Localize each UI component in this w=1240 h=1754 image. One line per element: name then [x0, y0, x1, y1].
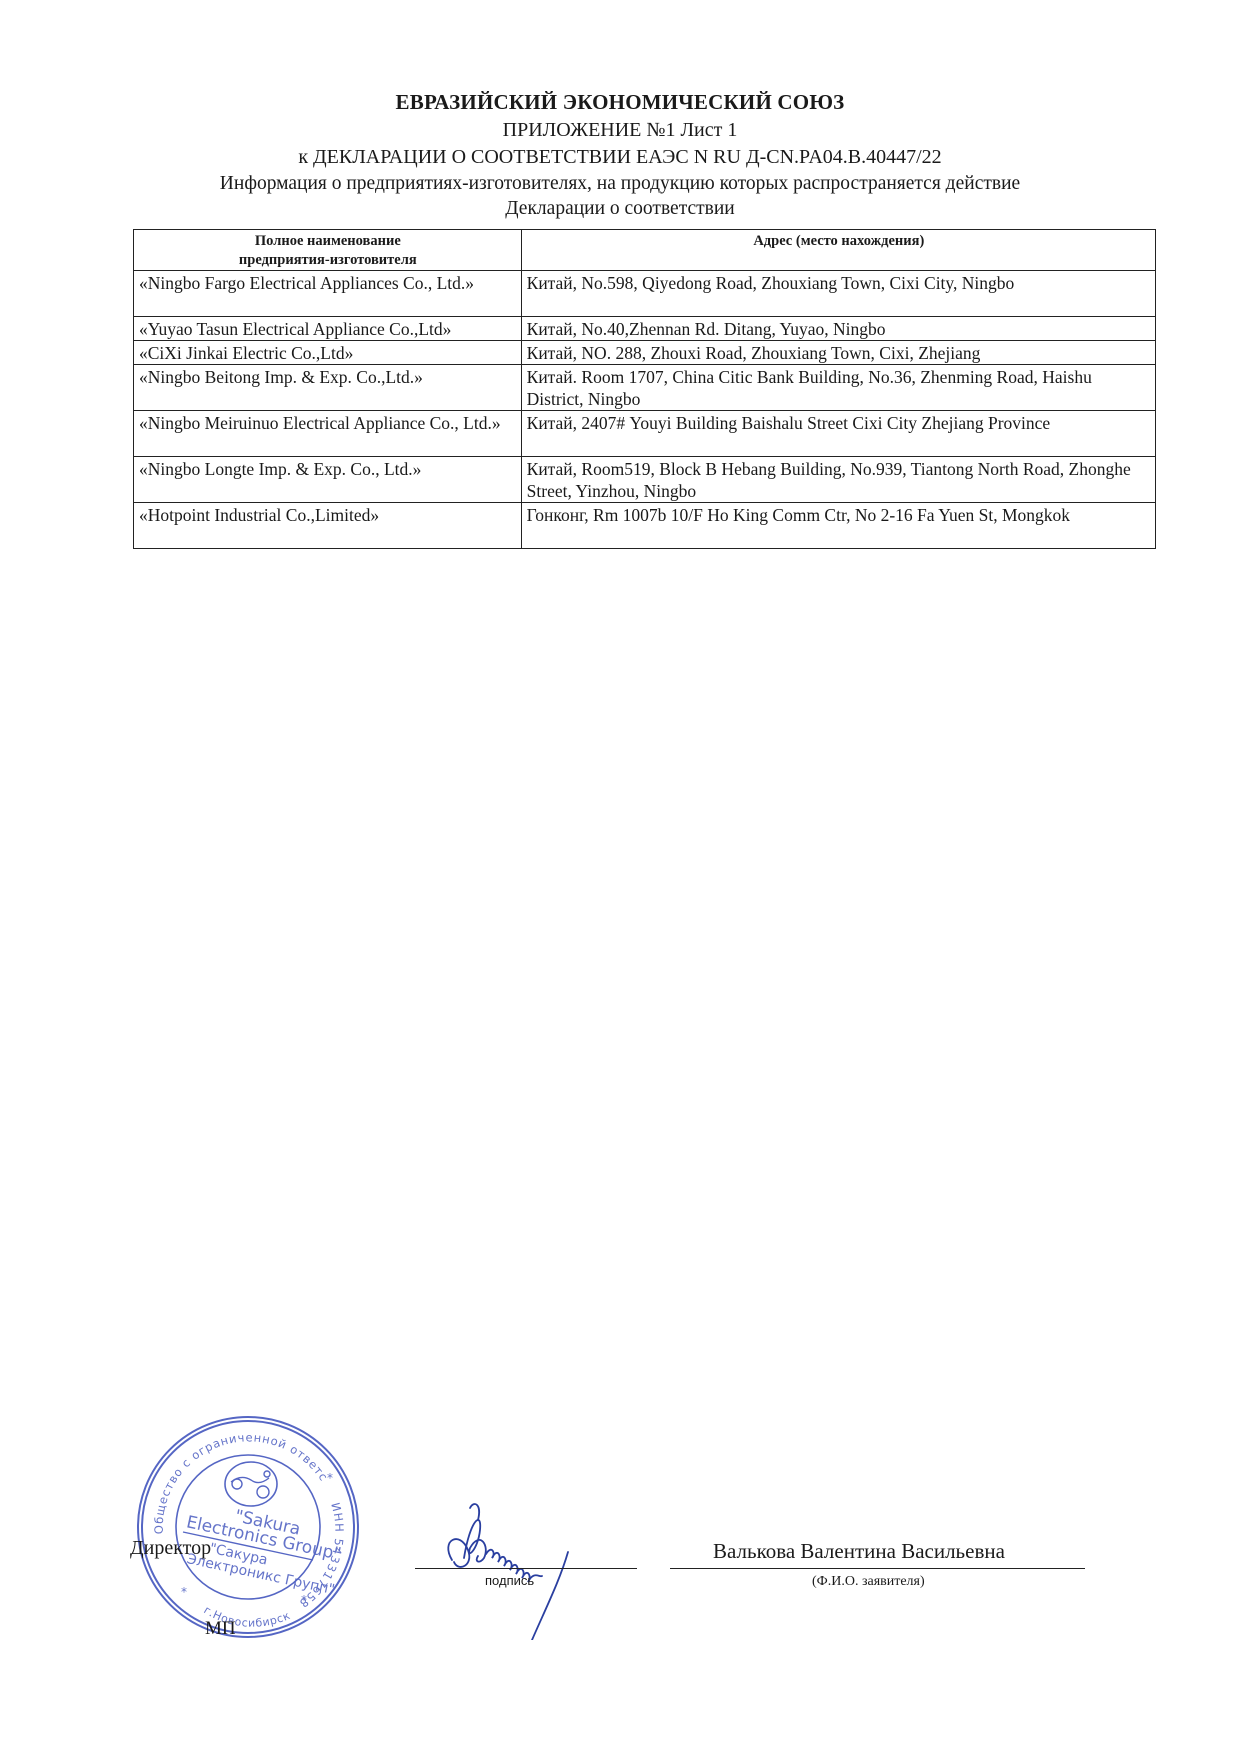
info-line-2: Декларации о соответствии [0, 198, 1240, 220]
table-row: «Ningbo Meiruinuo Electrical Appliance C… [134, 411, 1156, 457]
annex-number: ПРИЛОЖЕНИЕ №1 Лист 1 [0, 119, 1240, 142]
signature-icon [440, 1500, 640, 1640]
manufacturer-name: «Ningbo Beitong Imp. & Exp. Co.,Ltd.» [134, 365, 522, 411]
manufacturer-address: Китай. Room 1707, China Citic Bank Build… [521, 365, 1155, 411]
info-line-1: Информация о предприятиях-изготовителях,… [0, 173, 1240, 195]
manufacturer-name: «Hotpoint Industrial Co.,Limited» [134, 503, 522, 549]
header-name-line2: предприятия-изготовителя [239, 252, 417, 268]
table-header-row: Полное наименование предприятия-изготови… [134, 230, 1156, 271]
header-name-line1: Полное наименование [255, 233, 401, 249]
manufacturer-address: Гонконг, Rm 1007b 10/F Ho King Comm Ctr,… [521, 503, 1155, 549]
manufacturer-address: Китай, 2407# Youyi Building Baishalu Str… [521, 411, 1155, 457]
manufacturers-table: Полное наименование предприятия-изготови… [133, 229, 1156, 549]
declaration-number: к ДЕКЛАРАЦИИ О СООТВЕТСТВИИ ЕАЭС N RU Д-… [0, 146, 1240, 169]
table-row: «Ningbo Fargo Electrical Appliances Co.,… [134, 271, 1156, 317]
table-row: «CiXi Jinkai Electric Co.,Ltd» Китай, NO… [134, 341, 1156, 365]
svg-text:*: * [327, 1471, 333, 1485]
manufacturer-name: «Ningbo Fargo Electrical Appliances Co.,… [134, 271, 522, 317]
signature-caption: подпись [485, 1573, 534, 1588]
svg-text:*: * [181, 1585, 187, 1599]
company-stamp-icon: Общество с ограниченной ответственностью… [133, 1412, 363, 1642]
manufacturer-name: «Ningbo Meiruinuo Electrical Appliance C… [134, 411, 522, 457]
header-manufacturer-name: Полное наименование предприятия-изготови… [134, 230, 522, 271]
svg-text:*: * [301, 1593, 307, 1607]
manufacturer-name: «Yuyao Tasun Electrical Appliance Co.,Lt… [134, 317, 522, 341]
manufacturer-address: Китай, NO. 288, Zhouxi Road, Zhouxiang T… [521, 341, 1155, 365]
director-label: Директор [130, 1537, 211, 1560]
manufacturer-address: Китай, No.598, Qiyedong Road, Zhouxiang … [521, 271, 1155, 317]
signature-line [415, 1568, 637, 1569]
document-title: ЕВРАЗИЙСКИЙ ЭКОНОМИЧЕСКИЙ СОЮЗ [0, 90, 1240, 115]
header-address: Адрес (место нахождения) [521, 230, 1155, 271]
manufacturer-name: «CiXi Jinkai Electric Co.,Ltd» [134, 341, 522, 365]
applicant-name: Валькова Валентина Васильевна [713, 1539, 1005, 1564]
applicant-name-line [670, 1568, 1085, 1569]
table-row: «Ningbo Longte Imp. & Exp. Co., Ltd.» Ки… [134, 457, 1156, 503]
manufacturer-address: Китай, No.40,Zhennan Rd. Ditang, Yuyao, … [521, 317, 1155, 341]
table-row: «Ningbo Beitong Imp. & Exp. Co.,Ltd.» Ки… [134, 365, 1156, 411]
table-row: «Yuyao Tasun Electrical Appliance Co.,Lt… [134, 317, 1156, 341]
table-row: «Hotpoint Industrial Co.,Limited» Гонкон… [134, 503, 1156, 549]
manufacturer-name: «Ningbo Longte Imp. & Exp. Co., Ltd.» [134, 457, 522, 503]
seal-mark-label: МП [205, 1618, 236, 1640]
applicant-caption: (Ф.И.О. заявителя) [812, 1574, 925, 1590]
manufacturer-address: Китай, Room519, Block B Hebang Building,… [521, 457, 1155, 503]
